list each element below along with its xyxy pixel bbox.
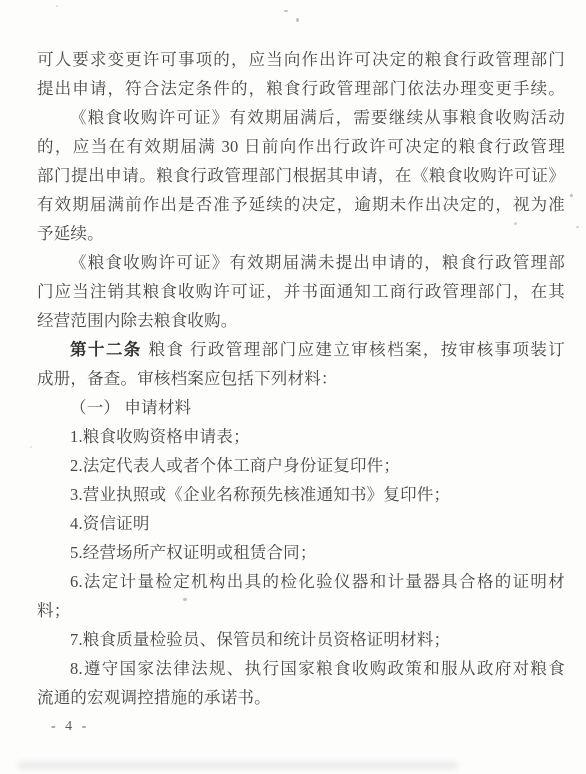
scanned-document-page: 可人要求变更许可事项的，应当向作出许可决定的粮食行政管理部门 提出申请，符合法定… bbox=[0, 0, 586, 774]
scan-speck bbox=[296, 18, 299, 22]
scan-speck bbox=[56, 5, 58, 7]
list-item: 5.经营场所产权证明或租赁合同； bbox=[37, 538, 565, 567]
article-heading-line: 第十二条粮食 行政管理部门应建立审核档案，按审核事项装订 bbox=[37, 335, 565, 364]
list-item: 4.资信证明 bbox=[37, 509, 565, 538]
article-text: 粮食 行政管理部门应建立审核档案，按审核事项装订 bbox=[149, 340, 565, 359]
list-item: 8.遵守国家法律法规、执行国家粮食收购政策和服从政府对粮食 bbox=[37, 654, 565, 683]
list-item: 6.法定计量检定机构出具的检化验仪器和计量器具合格的证明材 bbox=[37, 567, 565, 596]
text-line: 流通的宏观调控措施的承诺书。 bbox=[37, 683, 565, 712]
text-line: 部门提出申请。粮食行政管理部门根据其申请，在《粮食收购许可证》 bbox=[37, 161, 565, 190]
scan-speck bbox=[183, 598, 187, 601]
list-item: 2.法定代表人或者个体工商户身份证复印件； bbox=[37, 451, 565, 480]
text-line: 经营范围内除去粮食收购。 bbox=[37, 306, 565, 335]
list-item: 1.粮食收购资格申请表； bbox=[37, 422, 565, 451]
article-number-label: 第十二条 bbox=[70, 340, 142, 359]
text-line: 有效期届满前作出是否准予延续的决定，逾期未作出决定的，视为准 bbox=[37, 190, 565, 219]
text-line: 提出申请，符合法定条件的，粮食行政管理部门依法办理变更手续。 bbox=[37, 74, 565, 103]
document-text-block: 可人要求变更许可事项的，应当向作出许可决定的粮食行政管理部门 提出申请，符合法定… bbox=[37, 45, 565, 712]
text-line: 予延续。 bbox=[37, 219, 565, 248]
scan-speck bbox=[514, 222, 517, 225]
text-line: 的，应当在有效期届满 30 日前向作出行政许可决定的粮食行政管理 bbox=[37, 132, 565, 161]
text-line: 《粮食收购许可证》有效期届满未提出申请的，粮食行政管理部 bbox=[37, 248, 565, 277]
list-item: 7.粮食质量检验员、保管员和统计员资格证明材料； bbox=[37, 625, 565, 654]
scan-speck bbox=[570, 194, 573, 197]
scan-edge-shadow bbox=[18, 762, 458, 769]
text-line: 成册，备查。审核档案应包括下列材料： bbox=[37, 364, 565, 393]
scan-speck bbox=[284, 10, 288, 12]
list-item: （一） 申请材料 bbox=[37, 393, 565, 422]
page-number: - 4 - bbox=[51, 719, 89, 735]
text-line: 《粮食收购许可证》有效期届满后，需要继续从事粮食收购活动 bbox=[37, 103, 565, 132]
scan-speck bbox=[30, 446, 32, 448]
text-line: 料； bbox=[37, 596, 565, 625]
text-line: 门应当注销其粮食收购许可证，并书面通知工商行政管理部门，在其 bbox=[37, 277, 565, 306]
text-line: 可人要求变更许可事项的，应当向作出许可决定的粮食行政管理部门 bbox=[37, 45, 565, 74]
scan-speck bbox=[576, 226, 579, 228]
list-item: 3.营业执照或《企业名称预先核准通知书》复印件； bbox=[37, 480, 565, 509]
